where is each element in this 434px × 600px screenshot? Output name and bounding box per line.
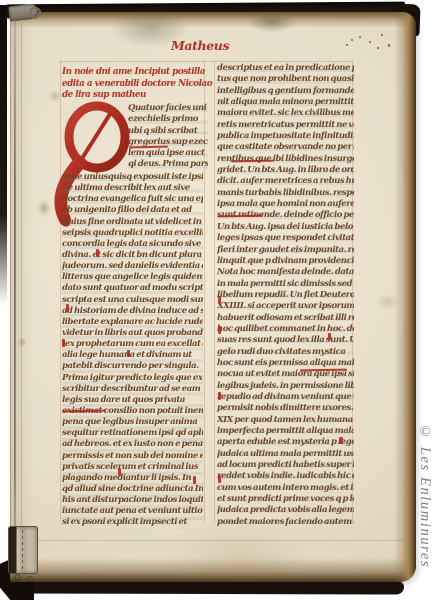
manuscript-line: legis sua dare ut quos privata <box>62 395 203 406</box>
clasp-remnant <box>8 4 38 22</box>
red-mark <box>340 437 343 444</box>
manuscript-line: qd aliud sine doctrine adiuncta In <box>62 484 203 495</box>
page-top-browning <box>10 12 416 28</box>
initial-wrap-lines: Quatuor facies uniezechielis primoubi q … <box>128 103 208 171</box>
manuscript-line: dato sunt quatuor ad modu scripture <box>62 283 203 294</box>
manuscript-line: manis turbabis libidinibus. respectu <box>217 188 354 199</box>
manuscript-line: pena que legibus insuper anima <box>62 417 203 428</box>
red-mark <box>218 326 221 334</box>
gutter-crease <box>21 24 22 574</box>
manuscript-photo: Matheus In noie dni ame Incipiut postill… <box>0 0 434 600</box>
manuscript-line: nit aliqua mala minora permittit ut <box>217 97 354 108</box>
manuscript-line: nocua ut evitet maiora que ipsi sileus <box>217 369 354 380</box>
manuscript-line: judaica ultima mala permittit usque <box>217 449 354 460</box>
manuscript-line: in mala permitti sic dimissis sed <box>217 279 354 290</box>
manuscript-line: doctrina evangelica fuit sic una ep <box>62 194 203 205</box>
manuscript-line: Un bts Aug. ipsa dei iusticia belo <box>217 222 354 233</box>
red-mark <box>62 339 65 347</box>
manuscript-line: linquit que p divinam providencia vendic… <box>217 256 354 267</box>
manuscript-line: privatis scelerum et criminal ius <box>62 462 203 473</box>
manuscript-line: maiora evitet. sic lex civilibus met <box>217 108 354 119</box>
manuscript-line: lex prophetarum cum ea excellat oes <box>62 339 203 350</box>
manuscript-line: ad locum predicti habetis super lex <box>217 460 354 471</box>
manuscript-line: aperta edubie est mysteria p legem ea <box>217 437 354 448</box>
manuscript-line: ab unigenito filio dei data et ad <box>62 205 203 216</box>
book-bottom-edge <box>4 580 404 594</box>
manuscript-line: scribitur describuntur ad se eam <box>62 384 203 395</box>
manuscript-line: seipsis quadruplici notitia excellit <box>62 228 203 239</box>
text-column-right: descriptus et ea in predicatione permitt… <box>217 63 354 528</box>
manuscript-line: lem quia ipse auct <box>128 148 208 159</box>
copyright-watermark: © Les Enluminures <box>413 424 433 596</box>
manuscript-line: pondet maiores faciendo autem humano <box>217 517 354 528</box>
manuscript-line: litteras que angelice legis quidem <box>62 272 203 283</box>
manuscript-line: existimat consilio non potuit inem <box>62 406 203 417</box>
manuscript-line: ad hebreos. et ex iusto non e pena <box>62 439 203 450</box>
red-mark <box>218 475 221 483</box>
manuscript-line: retis meretricatus permittit ne vos <box>217 120 354 131</box>
red-mark <box>218 296 221 304</box>
book-spine-shadow <box>0 5 7 305</box>
manuscript-line: permisit nobis dimittere uxores. Un <box>217 403 354 414</box>
manuscript-line: ad historiam de divina induce ad sit <box>62 306 203 317</box>
red-mark <box>66 304 69 312</box>
manuscript-line: descriptus et ea in predicatione permit <box>217 63 354 74</box>
manuscript-line: suas res sunt quod lex illa sunt. Un <box>217 335 354 346</box>
ruling-line <box>60 61 353 62</box>
manuscript-line: videtur in libris aut quos probandis <box>62 328 203 339</box>
manuscript-line: judaica predicta vobis alia legem <box>217 505 354 516</box>
page-bottom-browning <box>10 558 416 582</box>
manuscript-line: divina. et sic dicit bn dicunt plura <box>62 250 203 261</box>
manuscript-line: iunctate aut pena et veniunt ultio <box>62 506 203 517</box>
manuscript-line: libertate explanare ac lucide rude <box>62 317 203 328</box>
red-mark <box>218 392 221 400</box>
manuscript-line: fieri inter gaudet eis impunita. re <box>217 245 354 256</box>
red-mark <box>193 476 196 484</box>
manuscript-line: libellum repudii. Un fiet Deuteron <box>217 290 354 301</box>
manuscript-line: unius fine ordinata ut videlicet in <box>62 217 203 228</box>
ruling-line <box>214 60 215 522</box>
manuscript-line: leges ipsas que respondet civitatibus <box>217 233 354 244</box>
rubric-line: In noie dni ame Incipiut postilla <box>62 67 212 79</box>
manuscript-line: XXIIII. si acceperit uxor ipsorum et <box>217 301 354 312</box>
manuscript-line: qi deus. Prima pars <box>128 159 208 170</box>
manuscript-line: ezechielis primo <box>128 114 208 125</box>
manuscript-line: sequitur retinationem ipsi qd aplus <box>62 428 203 439</box>
manuscript-line: publica impetuositate infinitudinis <box>217 131 354 142</box>
manuscript-line: scripta est una cuiusque modi sunt <box>62 295 203 306</box>
running-header: Matheus <box>171 38 241 53</box>
red-mark <box>328 333 331 340</box>
manuscript-line: judeorum. sed danielis evidentia ad <box>62 261 203 272</box>
ink-speck <box>359 36 361 38</box>
ink-speck <box>15 574 21 581</box>
manuscript-line: permissis et non sub dei nomine et <box>62 451 203 462</box>
manuscript-line: legibus judeis. in permissione libelli <box>217 381 354 392</box>
ink-speck <box>369 41 371 43</box>
gutter-crease <box>14 18 16 580</box>
sewing-tab <box>8 526 38 574</box>
manuscript-line: concordia legis data sicundo sive <box>62 239 203 250</box>
manuscript-line: Prima igitur predicto legis que ex <box>62 373 203 384</box>
manuscript-line: tus que non prohibent non quasi inter <box>217 74 354 85</box>
manuscript-line: cum vos autem intero magis. et iude <box>217 483 354 494</box>
fold-crease <box>14 540 406 541</box>
manuscript-line: si ex psoni explicit impsecti et <box>62 517 203 528</box>
manuscript-line: imperfecta permittit aliqua mala et sic <box>217 426 354 437</box>
manuscript-line: dicit. aufer meretrices a rebus hu <box>217 176 354 187</box>
manuscript-line: he ultima describit lex aut sive <box>62 183 203 194</box>
manuscript-line: sane uniusquisq exposuit iste ipsi <box>62 172 203 183</box>
manuscript-line: ubi q sibi scribat <box>128 126 208 137</box>
ink-speck <box>351 39 353 41</box>
manuscript-line: reddet vobis indie. iudicabis hic de <box>217 471 354 482</box>
manuscript-line: et sunt predicti prime voces q p lex cum <box>217 494 354 505</box>
manuscript-line: gelo rudi duo civitates mystica <box>217 347 354 358</box>
manuscript-line: ipsa mala que homini non auferet no <box>217 199 354 210</box>
ink-speck <box>381 34 383 36</box>
red-mark <box>118 468 121 476</box>
manuscript-line: intelligibus q gentium formande impo <box>217 86 354 97</box>
manuscript-line: his ant disturpacione indos loquitur <box>62 495 203 506</box>
manuscript-line: XIX per quod tamen lex humana quia <box>217 415 354 426</box>
ink-speck <box>377 47 379 49</box>
ink-speck <box>388 44 390 47</box>
manuscript-line: habuerit odiosam et scribat illi re <box>217 313 354 324</box>
manuscript-line: hoc quilibet commanet in hoc. deinde <box>217 324 354 335</box>
rubric-line: edita a venerabili doctore Nicolao <box>62 79 212 91</box>
manuscript-line: alia lege humana et divinam ut <box>62 350 203 361</box>
red-mark <box>127 350 130 357</box>
red-mark <box>96 249 99 257</box>
manuscript-line: repudio ad divinam veniunt que vos <box>217 392 354 403</box>
text-column-left: sane uniusquisq exposuit iste ipsihe ult… <box>62 172 203 529</box>
ink-speck <box>346 44 348 46</box>
manuscript-line: Quatuor facies uni <box>128 103 208 114</box>
manuscript-line: Nota hoc manifesta deinde. data aliqua <box>217 267 354 278</box>
ink-speck <box>27 576 33 582</box>
manuscript-line: hoc sunt eis permissa aliqua mala in <box>217 358 354 369</box>
manuscript-line: gridet. Un bts Aug. in libro de ord <box>217 165 354 176</box>
manuscript-line: que castitate observande no per diffe <box>217 142 354 153</box>
manuscript-line: plagando mediantur li ipsis. In <box>62 473 203 484</box>
manuscript-line: patebit discurrendo per singula. <box>62 361 203 372</box>
